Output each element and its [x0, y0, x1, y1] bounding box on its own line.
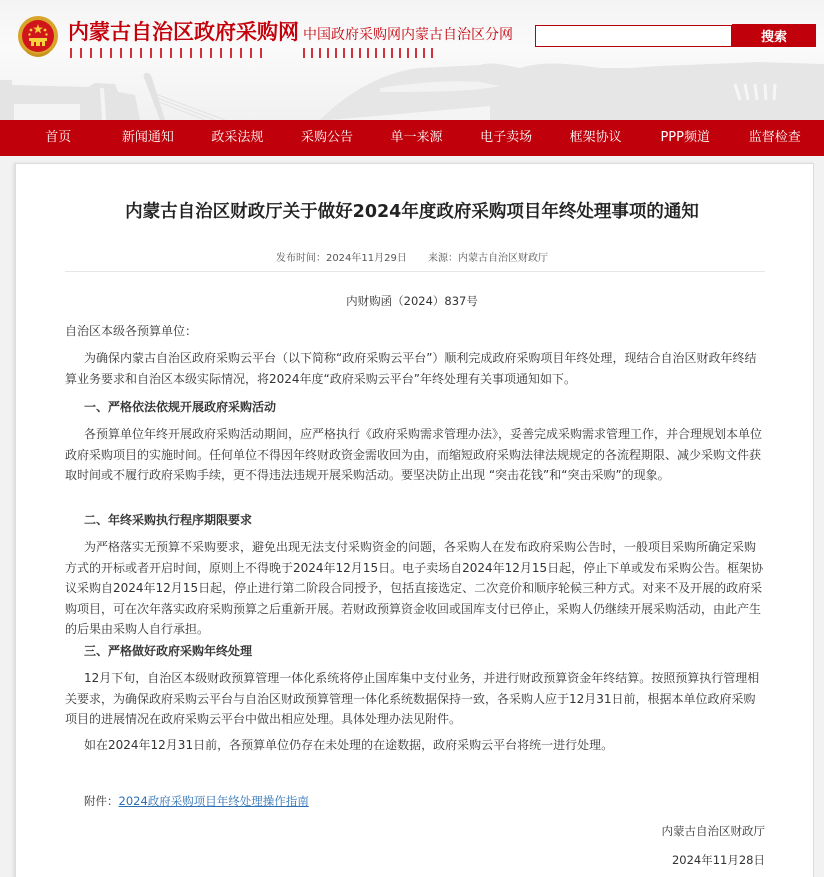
salutation: 自治区本级各预算单位：: [65, 321, 765, 342]
article-meta: 发布时间：2024年11月29日 来源：内蒙古自治区财政厅: [0, 249, 824, 264]
nav-item-supervision[interactable]: 监督检查: [735, 120, 816, 156]
nav-item-ppp[interactable]: PPP频道: [645, 120, 726, 156]
section-3-paragraph-1: 12月下旬，自治区本级财政预算管理一体化系统将停止国库集中支付业务，并进行财政预…: [65, 668, 765, 730]
site-subtitle: 中国政府采购网内蒙古自治区分网: [303, 24, 513, 44]
section-heading-2: 二、年终采购执行程序期限要求: [65, 510, 765, 531]
nav-item-regulations[interactable]: 政采法规: [197, 120, 278, 156]
publish-time: 发布时间：2024年11月29日: [276, 253, 407, 264]
attachment-row: 附件：2024政府采购项目年终处理操作指南: [84, 793, 309, 809]
attachment-link[interactable]: 2024政府采购项目年终处理操作指南: [119, 794, 309, 808]
attachment-label: 附件：: [84, 794, 119, 808]
section-3-paragraph-2: 如在2024年12月31日前，各预算单位仍存在未处理的在途数据，政府采购云平台将…: [65, 735, 765, 756]
site-title: 内蒙古自治区政府采购网: [68, 16, 299, 46]
national-emblem-logo: [17, 15, 59, 61]
nav-item-framework-agreement[interactable]: 框架协议: [555, 120, 636, 156]
mongolian-script-title: [70, 48, 264, 62]
site-header: 内蒙古自治区政府采购网 中国政府采购网内蒙古自治区分网 搜索: [0, 0, 824, 120]
nav-item-e-mall[interactable]: 电子卖场: [466, 120, 547, 156]
intro-paragraph: 为确保内蒙古自治区政府采购云平台（以下简称“政府采购云平台”）顺利完成政府采购项…: [65, 348, 765, 389]
section-1-paragraph: 各预算单位年终开展政府采购活动期间，应严格执行《政府采购需求管理办法》，妥善完成…: [65, 424, 765, 486]
section-heading-3: 三、严格做好政府采购年终处理: [65, 641, 765, 662]
search-input[interactable]: [535, 25, 732, 47]
nav-item-announcements[interactable]: 采购公告: [287, 120, 368, 156]
section-2-paragraph: 为严格落实无预算不采购要求，避免出现无法支付采购资金的问题，各采购人在发布政府采…: [65, 537, 765, 640]
nav-item-news[interactable]: 新闻通知: [108, 120, 189, 156]
article-title: 内蒙古自治区财政厅关于做好2024年度政府采购项目年终处理事项的通知: [0, 198, 824, 223]
nav-item-home[interactable]: 首页: [18, 120, 99, 156]
document-number: 内财购函（2024）837号: [0, 293, 824, 309]
nav-item-single-source[interactable]: 单一来源: [376, 120, 457, 156]
search-button[interactable]: 搜索: [732, 24, 816, 47]
main-nav: 首页 新闻通知 政采法规 采购公告 单一来源 电子卖场 框架协议 PPP频道 监…: [0, 120, 824, 156]
article-source: 来源：内蒙古自治区财政厅: [428, 253, 548, 264]
signature-date: 2024年11月28日: [672, 852, 765, 868]
mongolian-script-subtitle: [303, 48, 435, 62]
title-divider: [65, 271, 765, 272]
signature: 内蒙古自治区财政厅: [662, 823, 766, 839]
section-heading-1: 一、严格依法依规开展政府采购活动: [65, 397, 765, 418]
